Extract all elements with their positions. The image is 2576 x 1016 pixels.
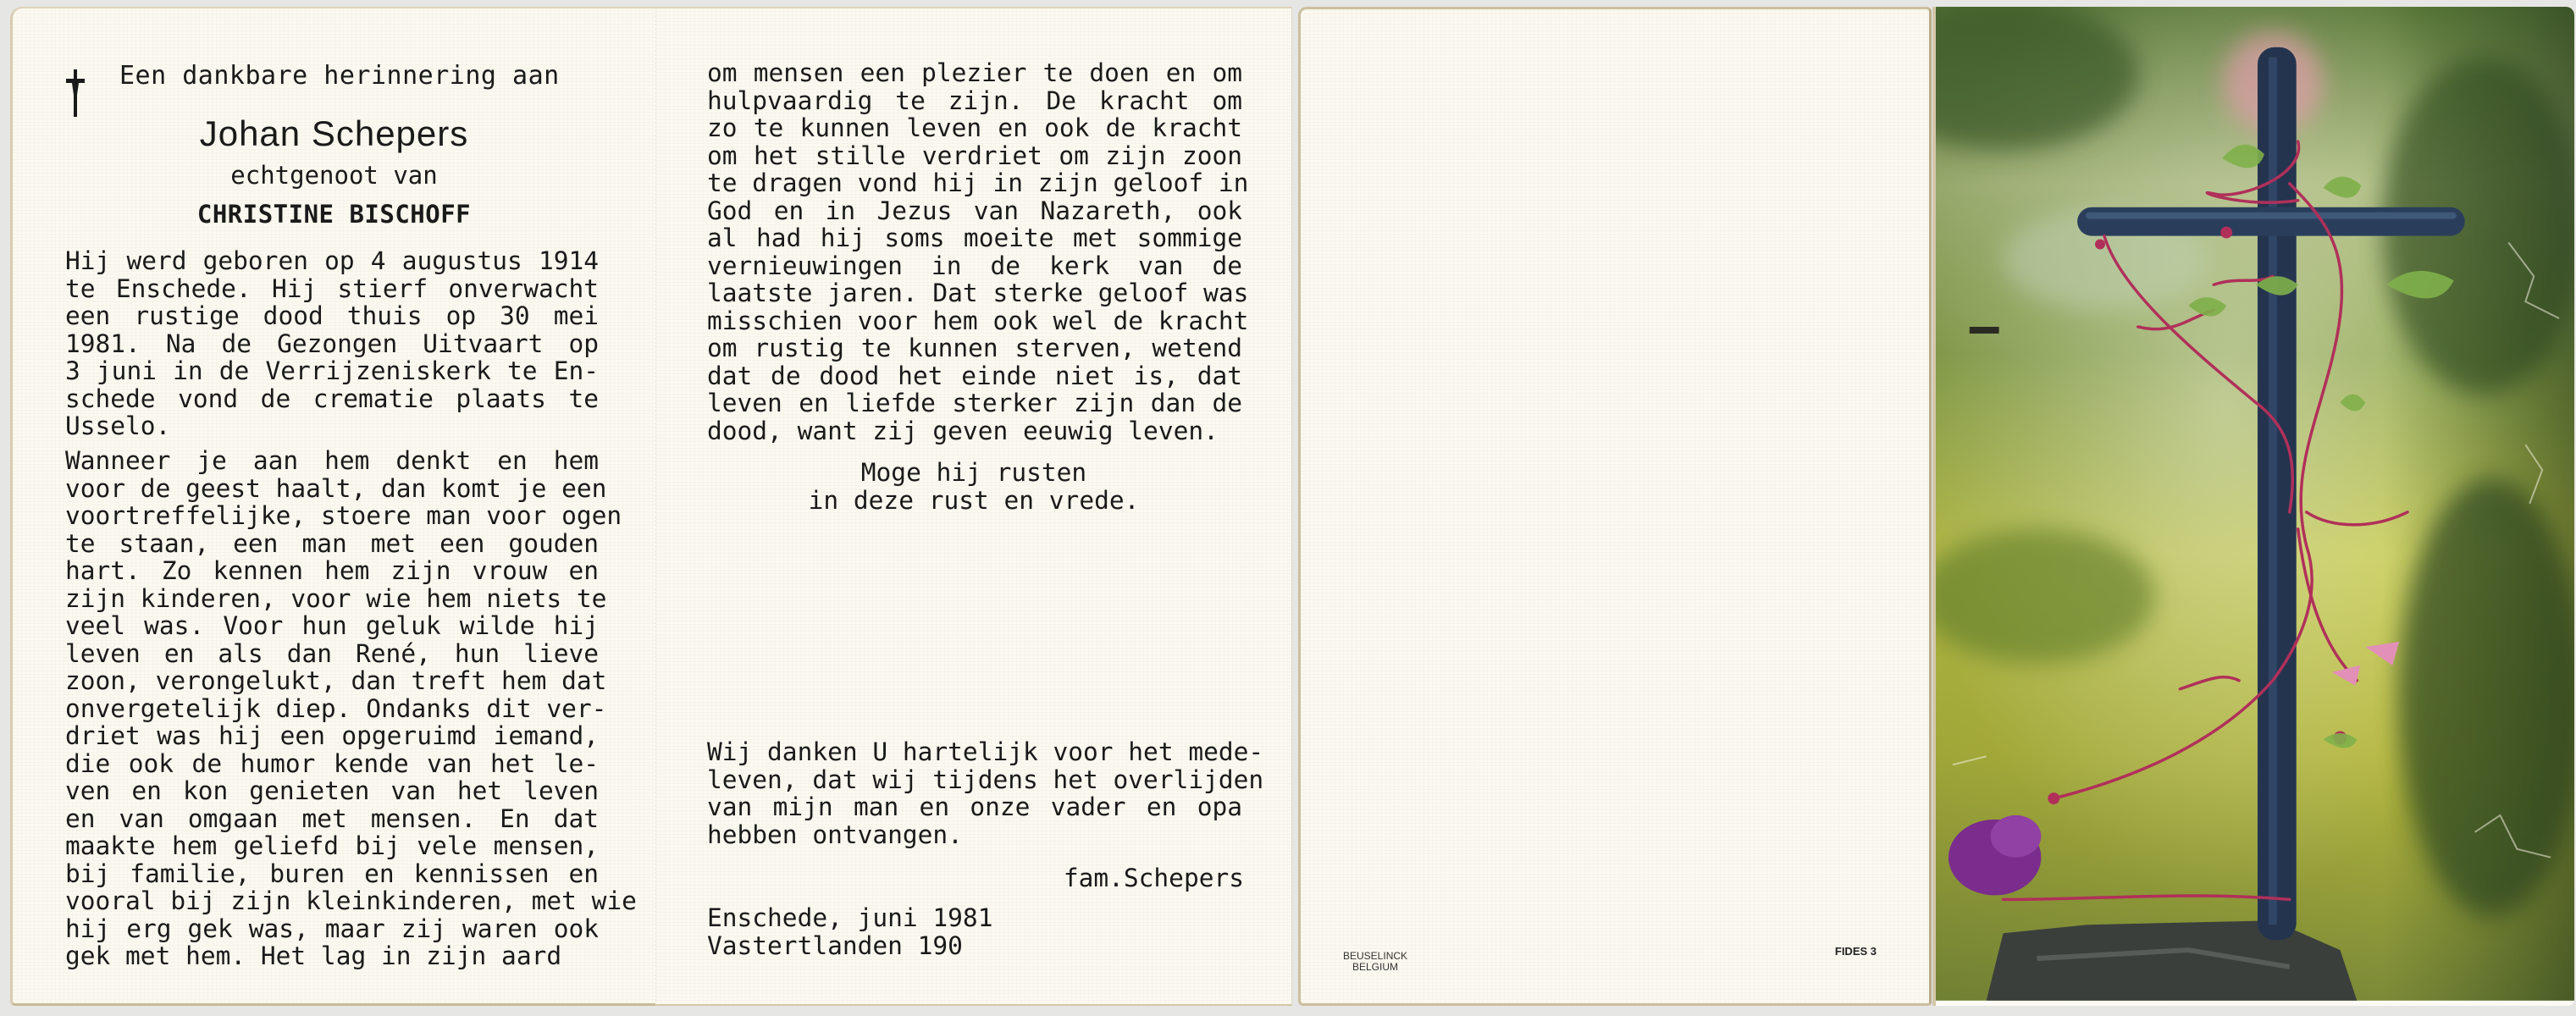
text-line: Usselo. <box>65 412 599 440</box>
text-line: Wanneer je aan hem denkt en hem <box>65 447 599 475</box>
spouse-label: echtgenoot van <box>13 161 655 190</box>
text-line: een rustige dood thuis op 30 mei <box>65 302 599 330</box>
memory-paragraph: Wanneer je aan hem denkt en hemvoor de g… <box>65 447 599 970</box>
text-line: Wij danken U hartelijk voor het mede- <box>707 738 1242 766</box>
prayer-line: in deze rust en vrede. <box>656 487 1291 515</box>
printer-country: BELGIUM <box>1343 962 1407 973</box>
spouse-name: CHRISTINE BISCHOFF <box>13 200 655 229</box>
text-line: hebben ontvangen. <box>707 821 1242 849</box>
text-line: zoon, verongelukt, dan treft hem dat <box>65 667 599 695</box>
text-line: ven en kon genieten van het leven <box>65 777 599 805</box>
text-line: bij familie, buren en kennissen en <box>65 860 599 888</box>
text-line: leven en liefde sterker zijn dan de <box>707 389 1242 417</box>
biography-paragraph: Hij werd geboren op 4 augustus 1914te En… <box>65 247 599 440</box>
latin-cross-icon <box>65 69 86 117</box>
text-line: te staan, een man met een gouden <box>65 530 599 558</box>
text-line: 3 juni in de Verrijzeniskerk te En- <box>65 357 599 385</box>
text-line: driet was hij een opgeruimd iemand, <box>65 722 599 750</box>
place-date: Enschede, juni 1981 <box>707 904 992 932</box>
text-line: misschien voor hem ook wel de kracht <box>707 307 1242 335</box>
text-line: onvergetelijk diep. Ondanks dit ver- <box>65 695 599 723</box>
text-line: te dragen vond hij in zijn geloof in <box>707 169 1242 197</box>
card-panel-photo <box>1932 7 2574 1006</box>
family-signature: fam.Schepers <box>1064 864 1244 892</box>
text-line: van mijn man en onze vader en opa <box>707 793 1242 821</box>
address: Vastertlanden 190 <box>707 932 992 960</box>
printer-mark: BEUSELINCK BELGIUM <box>1343 951 1407 973</box>
text-line: vooral bij zijn kleinkinderen, met wie <box>65 887 599 915</box>
text-line: om het stille verdriet om zijn zoon <box>707 142 1242 170</box>
text-line: vernieuwingen in de kerk van de <box>707 252 1242 280</box>
text-line: zijn kinderen, voor wie hem niets te <box>65 585 599 613</box>
card-panel-middle: om mensen een plezier te doen en omhulpv… <box>655 7 1292 1006</box>
intro-text: Een dankbare herinnering aan <box>119 61 560 91</box>
text-line: God en in Jezus van Nazareth, ook <box>707 197 1242 225</box>
text-line: dat de dood het einde niet is, dat <box>707 362 1242 390</box>
deceased-name: Johan Schepers <box>13 113 655 154</box>
faith-paragraph: om mensen een plezier te doen en omhulpv… <box>707 59 1242 444</box>
text-line: Hij werd geboren op 4 augustus 1914 <box>65 247 599 275</box>
text-line: al had hij soms moeite met sommige <box>707 224 1242 252</box>
text-line: gek met hem. Het lag in zijn aard <box>65 942 599 970</box>
text-line: leven, dat wij tijdens het overlijden <box>707 766 1242 794</box>
place-address: Enschede, juni 1981 Vastertlanden 190 <box>707 904 992 959</box>
text-line: zo te kunnen leven en ook de kracht <box>707 114 1242 142</box>
series-code: FIDES 3 <box>1835 945 1877 958</box>
text-line: om mensen een plezier te doen en om <box>707 59 1242 87</box>
text-line: die ook de humor kende van het le- <box>65 750 599 778</box>
text-line: voortreffelijke, stoere man voor ogen <box>65 502 599 530</box>
text-line: hij erg gek was, maar zij waren ook <box>65 915 599 943</box>
text-line: schede vond de crematie plaats te <box>65 385 599 413</box>
prayer-line: Moge hij rusten <box>656 459 1291 487</box>
text-line: voor de geest haalt, dan komt je een <box>65 475 599 503</box>
text-line: dood, want zij geven eeuwig leven. <box>707 417 1242 445</box>
text-line: hart. Zo kennen hem zijn vrouw en <box>65 557 599 585</box>
cross-with-vine-photo <box>1936 7 2574 1001</box>
prayer-text: Moge hij rusten in deze rust en vrede. <box>656 459 1291 514</box>
thanks-paragraph: Wij danken U hartelijk voor het mede-lev… <box>707 738 1242 848</box>
text-line: te Enschede. Hij stierf onverwacht <box>65 275 599 303</box>
text-line: laatste jaren. Dat sterke geloof was <box>707 279 1242 307</box>
text-line: maakte hem geliefd bij vele mensen, <box>65 832 599 860</box>
card-panel-left: Een dankbare herinnering aan Johan Schep… <box>10 7 655 1006</box>
text-line: veel was. Voor hun geluk wilde hij <box>65 612 599 640</box>
text-line: 1981. Na de Gezongen Uitvaart op <box>65 330 599 358</box>
card-panel-back: BEUSELINCK BELGIUM FIDES 3 <box>1298 7 1932 1006</box>
text-line: leven en als dan René, hun lieve <box>65 640 599 668</box>
text-line: om rustig te kunnen sterven, wetend <box>707 334 1242 362</box>
text-line: en van omgaan met mensen. En dat <box>65 805 599 833</box>
text-line: hulpvaardig te zijn. De kracht om <box>707 87 1242 115</box>
